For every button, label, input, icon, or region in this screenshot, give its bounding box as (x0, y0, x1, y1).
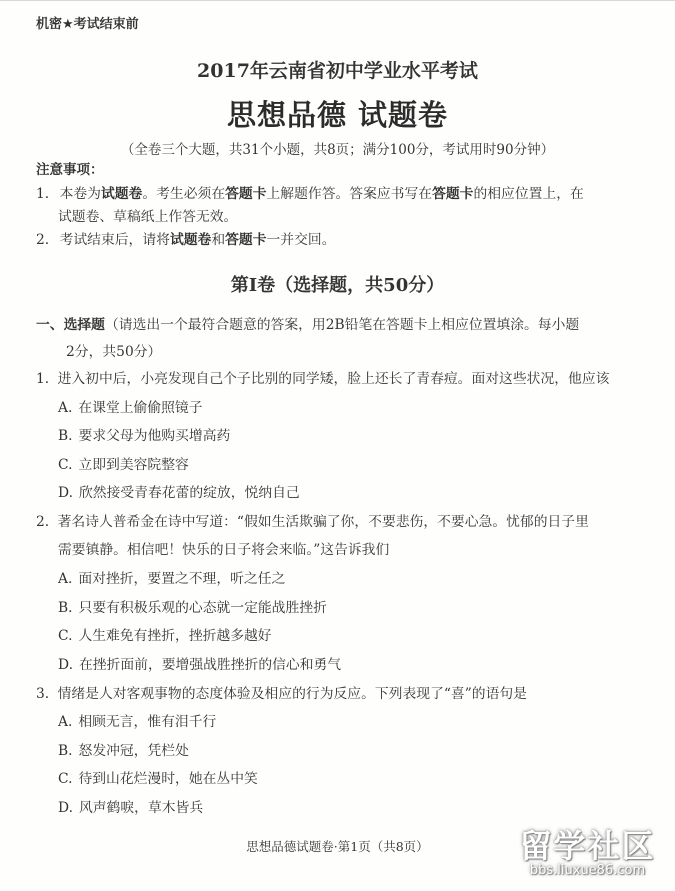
confidential-mark: 机密★考试结束前 (36, 13, 139, 32)
question-3-option-c: C.待到山花烂漫时，她在丛中笑 (58, 767, 258, 787)
notice-label: 注意事项： (36, 158, 104, 178)
notice-item-number: 2. (36, 232, 49, 248)
question-1-option-b: B.要求父母为他购买增高药 (58, 424, 230, 444)
question-1-option-a: A.在课堂上偷偷照镜子 (58, 396, 203, 416)
emphasis-text: 试题卷 (101, 186, 142, 202)
notice-item-1: 1. 本卷为试题卷。考生必须在答题卡上解题作答。答案应书写在答题卡的相应位置上，… (36, 182, 584, 202)
notice-item-number: 1. (36, 186, 49, 202)
question-number: 2. (36, 514, 49, 530)
question-2-option-c: C.人生难免有挫折，挫折越多越好 (58, 624, 272, 644)
question-1-option-c: C.立即到美容院整容 (58, 453, 189, 473)
paper-info: （全卷三个大题，共31个小题，共8页；满分100分，考试用时90分钟） (0, 138, 675, 158)
watermark-logo-text: 留学社区 (505, 829, 670, 863)
question-3-stem: 3. 情绪是人对客观事物的态度体验及相应的行为反应。下列表现了“喜”的语句是 (36, 682, 527, 702)
watermark-logo: 留学社区 bbs.liuxue86.com (505, 829, 670, 887)
emphasis-text: 答题卡 (432, 186, 473, 202)
question-3-option-d: D.风声鹤唳，草木皆兵 (58, 796, 203, 816)
question-2-option-a: A.面对挫折，要置之不理，听之任之 (58, 567, 285, 587)
watermark-url: bbs.liuxue86.com (505, 863, 670, 879)
question-2-stem: 2. 著名诗人普希金在诗中写道：“假如生活欺骗了你，不要悲伤，不要心急。忧郁的日… (36, 510, 589, 530)
part-instruction-continuation: 2分，共50分） (66, 340, 161, 360)
question-1-stem: 1. 进入初中后，小亮发现自己个子比别的同学矮，脸上还长了青春痘。面对这些状况，… (36, 367, 609, 387)
exam-page: 机密★考试结束前 2017年云南省初中学业水平考试 思想品德 试题卷 （全卷三个… (0, 0, 675, 891)
question-2-option-b: B.只要有积极乐观的心态就一定能战胜挫折 (58, 596, 327, 616)
question-number: 3. (36, 686, 49, 702)
part-instruction: 一、选择题（请选出一个最符合题意的答案，用2B铅笔在答题卡上相应位置填涂。每小题 (36, 313, 579, 333)
section-title: 第Ⅰ卷（选择题，共50分） (0, 271, 675, 297)
part-heading: 一、选择题 (36, 317, 105, 333)
emphasis-text: 试题卷 (170, 232, 211, 248)
paper-title: 思想品德 试题卷 (0, 93, 675, 134)
emphasis-text: 答题卡 (225, 232, 266, 248)
notice-item-2: 2. 考试结束后，请将试题卷和答题卡一并交回。 (36, 228, 336, 248)
question-2-option-d: D.在挫折面前，要增强战胜挫折的信心和勇气 (58, 653, 341, 673)
emphasis-text: 答题卡 (225, 186, 266, 202)
exam-name: 2017年云南省初中学业水平考试 (0, 56, 675, 83)
question-number: 1. (36, 371, 49, 387)
question-3-option-a: A.相顾无言，惟有泪千行 (58, 710, 216, 730)
notice-item-1-continuation: 试题卷、草稿纸上作答无效。 (58, 205, 237, 225)
question-1-option-d: D.欣然接受青春花蕾的绽放，悦纳自己 (58, 481, 300, 501)
question-3-option-b: B.怒发冲冠，凭栏处 (58, 739, 189, 759)
question-2-stem-continuation: 需要镇静。相信吧！快乐的日子将会来临。”这告诉我们 (58, 538, 389, 558)
